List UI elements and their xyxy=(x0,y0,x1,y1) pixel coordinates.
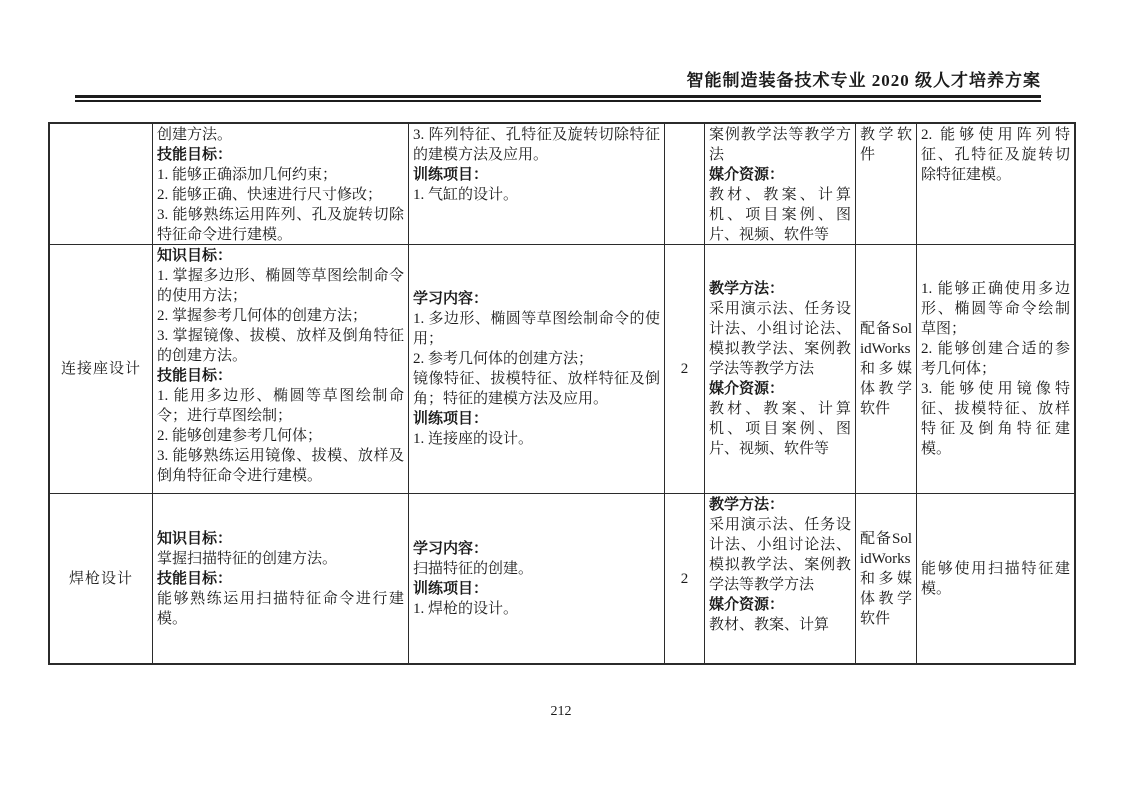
cell-teaching-methods: 教学方法：采用演示法、任务设计法、小组讨论法、模拟教学法、案例教学法等教学方法媒… xyxy=(705,245,856,494)
cell-teaching-software: 配备SolidWorks和多媒体教学软件 xyxy=(856,494,917,663)
cell-hours: 2 xyxy=(665,245,705,494)
cell-assessment-outcomes: 1. 能够正确使用多边形、椭圆等命令绘制草图；2. 能够创建合适的参考几何体；3… xyxy=(917,245,1074,494)
cell-teaching-methods: 教学方法：采用演示法、任务设计法、小组讨论法、模拟教学法、案例教学法等教学方法媒… xyxy=(705,494,856,663)
cell-project-name: 焊枪设计 xyxy=(50,494,153,663)
cell-objectives: 知识目标：掌握扫描特征的创建方法。技能目标：能够熟练运用扫描特征命令进行建模。 xyxy=(153,494,409,663)
cell-hours xyxy=(665,124,705,245)
cell-hours: 2 xyxy=(665,494,705,663)
cell-learning-content: 学习内容：扫描特征的创建。训练项目：1. 焊枪的设计。 xyxy=(409,494,665,663)
cell-assessment-outcomes: 2. 能够使用阵列特征、孔特征及旋转切除特征建模。 xyxy=(917,124,1074,245)
cell-learning-content: 3. 阵列特征、孔特征及旋转切除特征的建模方法及应用。训练项目：1. 气缸的设计… xyxy=(409,124,665,245)
cell-objectives: 知识目标：1. 掌握多边形、椭圆等草图绘制命令的使用方法；2. 掌握参考几何体的… xyxy=(153,245,409,494)
document-page: 智能制造装备技术专业 2020 级人才培养方案 创建方法。技能目标：1. 能够正… xyxy=(0,0,1122,793)
cell-project-name: 连接座设计 xyxy=(50,245,153,494)
cell-objectives: 创建方法。技能目标：1. 能够正确添加几何约束；2. 能够正确、快速进行尺寸修改… xyxy=(153,124,409,245)
header-rule xyxy=(75,95,1041,102)
cell-assessment-outcomes: 能够使用扫描特征建模。 xyxy=(917,494,1074,663)
page-number: 212 xyxy=(0,704,1122,720)
cell-project-name xyxy=(50,124,153,245)
course-table: 创建方法。技能目标：1. 能够正确添加几何约束；2. 能够正确、快速进行尺寸修改… xyxy=(48,122,1076,665)
header-title: 智能制造装备技术专业 2020 级人才培养方案 xyxy=(75,66,1041,91)
cell-teaching-methods: 案例教学法等教学方法媒介资源：教材、教案、计算机、项目案例、图片、视频、软件等 xyxy=(705,124,856,245)
cell-teaching-software: 配备SolidWorks和多媒体教学软件 xyxy=(856,245,917,494)
cell-learning-content: 学习内容：1. 多边形、椭圆等草图绘制命令的使用；2. 参考几何体的创建方法；镜… xyxy=(409,245,665,494)
cell-teaching-software: 教学软件 xyxy=(856,124,917,245)
